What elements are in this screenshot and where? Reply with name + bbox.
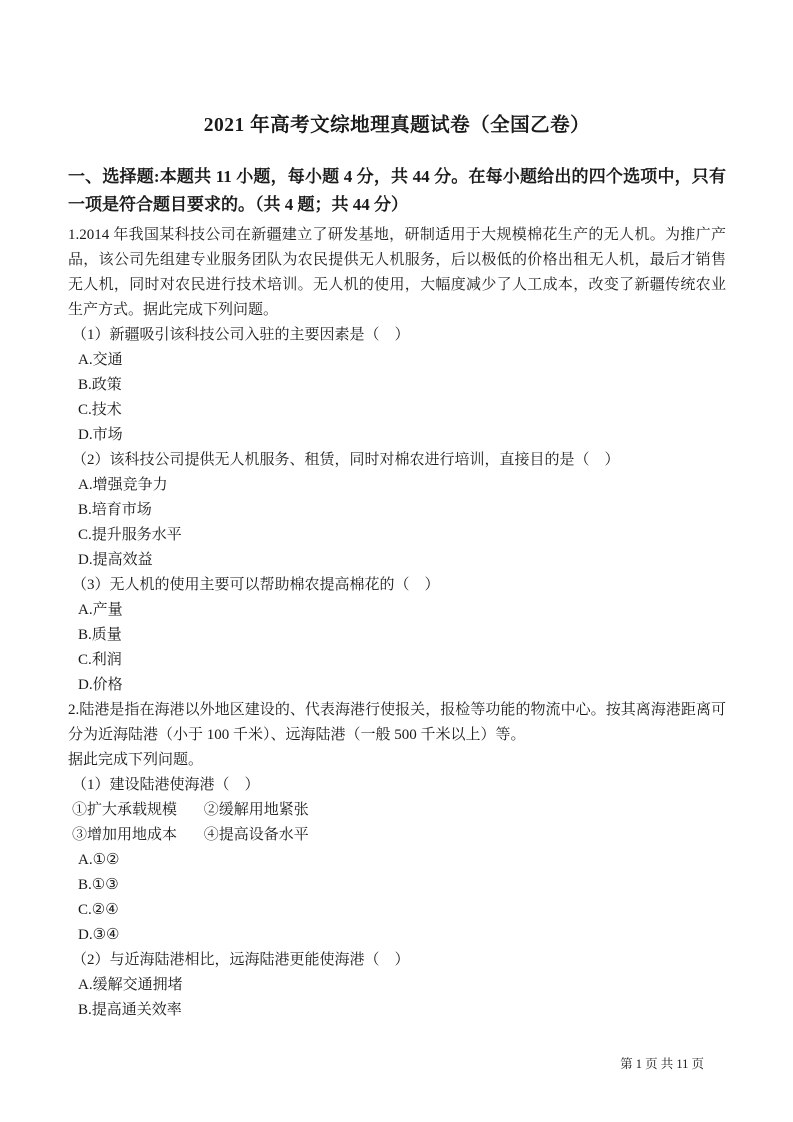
sub-question-prompt: （3）无人机的使用主要可以帮助棉农提高棉花的（ ） — [68, 573, 726, 598]
option: C.利润 — [68, 648, 726, 673]
option: C.②④ — [68, 898, 726, 923]
sub-question-1-2: （2）该科技公司提供无人机服务、租赁，同时对棉农进行培训，直接目的是（ ） A.… — [68, 448, 726, 573]
option: C.提升服务水平 — [68, 523, 726, 548]
document-page: 2021 年高考文综地理真题试卷（全国乙卷） 一、选择题:本题共 11 小题，每… — [0, 0, 793, 1122]
option: A.缓解交通拥堵 — [68, 973, 726, 998]
statement-row: ③增加用地成本 ④提高设备水平 — [68, 823, 726, 848]
sub-question-1-3: （3）无人机的使用主要可以帮助棉农提高棉花的（ ） A.产量 B.质量 C.利润… — [68, 573, 726, 698]
statement: ④提高设备水平 — [204, 827, 309, 843]
option: D.③④ — [68, 923, 726, 948]
statement: ③增加用地成本 — [72, 823, 200, 848]
sub-question-prompt: （1）建设陆港使海港（ ） — [68, 773, 726, 798]
sub-question-1-1: （1）新疆吸引该科技公司入驻的主要因素是（ ） A.交通 B.政策 C.技术 D… — [68, 323, 726, 448]
option: B.①③ — [68, 873, 726, 898]
sub-question-2-1: （1）建设陆港使海港（ ） ①扩大承载规模 ②缓解用地紧张 ③增加用地成本 ④提… — [68, 773, 726, 948]
sub-question-2-2: （2）与近海陆港相比，远海陆港更能使海港（ ） A.缓解交通拥堵 B.提高通关效… — [68, 948, 726, 1023]
option: B.培育市场 — [68, 498, 726, 523]
option: B.政策 — [68, 373, 726, 398]
option: A.增强竞争力 — [68, 473, 726, 498]
statement: ②缓解用地紧张 — [204, 802, 309, 818]
sub-question-prompt: （2）该科技公司提供无人机服务、租赁，同时对棉农进行培训，直接目的是（ ） — [68, 448, 726, 473]
section-heading: 一、选择题:本题共 11 小题，每小题 4 分，共 44 分。在每小题给出的四个… — [68, 163, 726, 219]
option: D.市场 — [68, 423, 726, 448]
option: A.①② — [68, 848, 726, 873]
option: A.交通 — [68, 348, 726, 373]
option: D.价格 — [68, 673, 726, 698]
statement: ①扩大承载规模 — [72, 798, 200, 823]
option: B.质量 — [68, 623, 726, 648]
document-title: 2021 年高考文综地理真题试卷（全国乙卷） — [68, 112, 726, 139]
option: B.提高通关效率 — [68, 998, 726, 1023]
sub-question-prompt: （2）与近海陆港相比，远海陆港更能使海港（ ） — [68, 948, 726, 973]
option: A.产量 — [68, 598, 726, 623]
sub-question-prompt: （1）新疆吸引该科技公司入驻的主要因素是（ ） — [68, 323, 726, 348]
question-stem: 1.2014 年我国某科技公司在新疆建立了研发基地，研制适用于大规模棉花生产的无… — [68, 223, 726, 323]
question-stem: 2.陆港是指在海港以外地区建设的、代表海港行使报关，报检等功能的物流中心。按其离… — [68, 698, 726, 748]
document-body: 1.2014 年我国某科技公司在新疆建立了研发基地，研制适用于大规模棉花生产的无… — [68, 223, 726, 1023]
option: C.技术 — [68, 398, 726, 423]
option: D.提高效益 — [68, 548, 726, 573]
statement-row: ①扩大承载规模 ②缓解用地紧张 — [68, 798, 726, 823]
question-stem-continued: 据此完成下列问题。 — [68, 748, 726, 773]
page-footer: 第 1 页 共 11 页 — [620, 1056, 704, 1072]
question-2: 2.陆港是指在海港以外地区建设的、代表海港行使报关，报检等功能的物流中心。按其离… — [68, 698, 726, 1023]
question-1: 1.2014 年我国某科技公司在新疆建立了研发基地，研制适用于大规模棉花生产的无… — [68, 223, 726, 698]
